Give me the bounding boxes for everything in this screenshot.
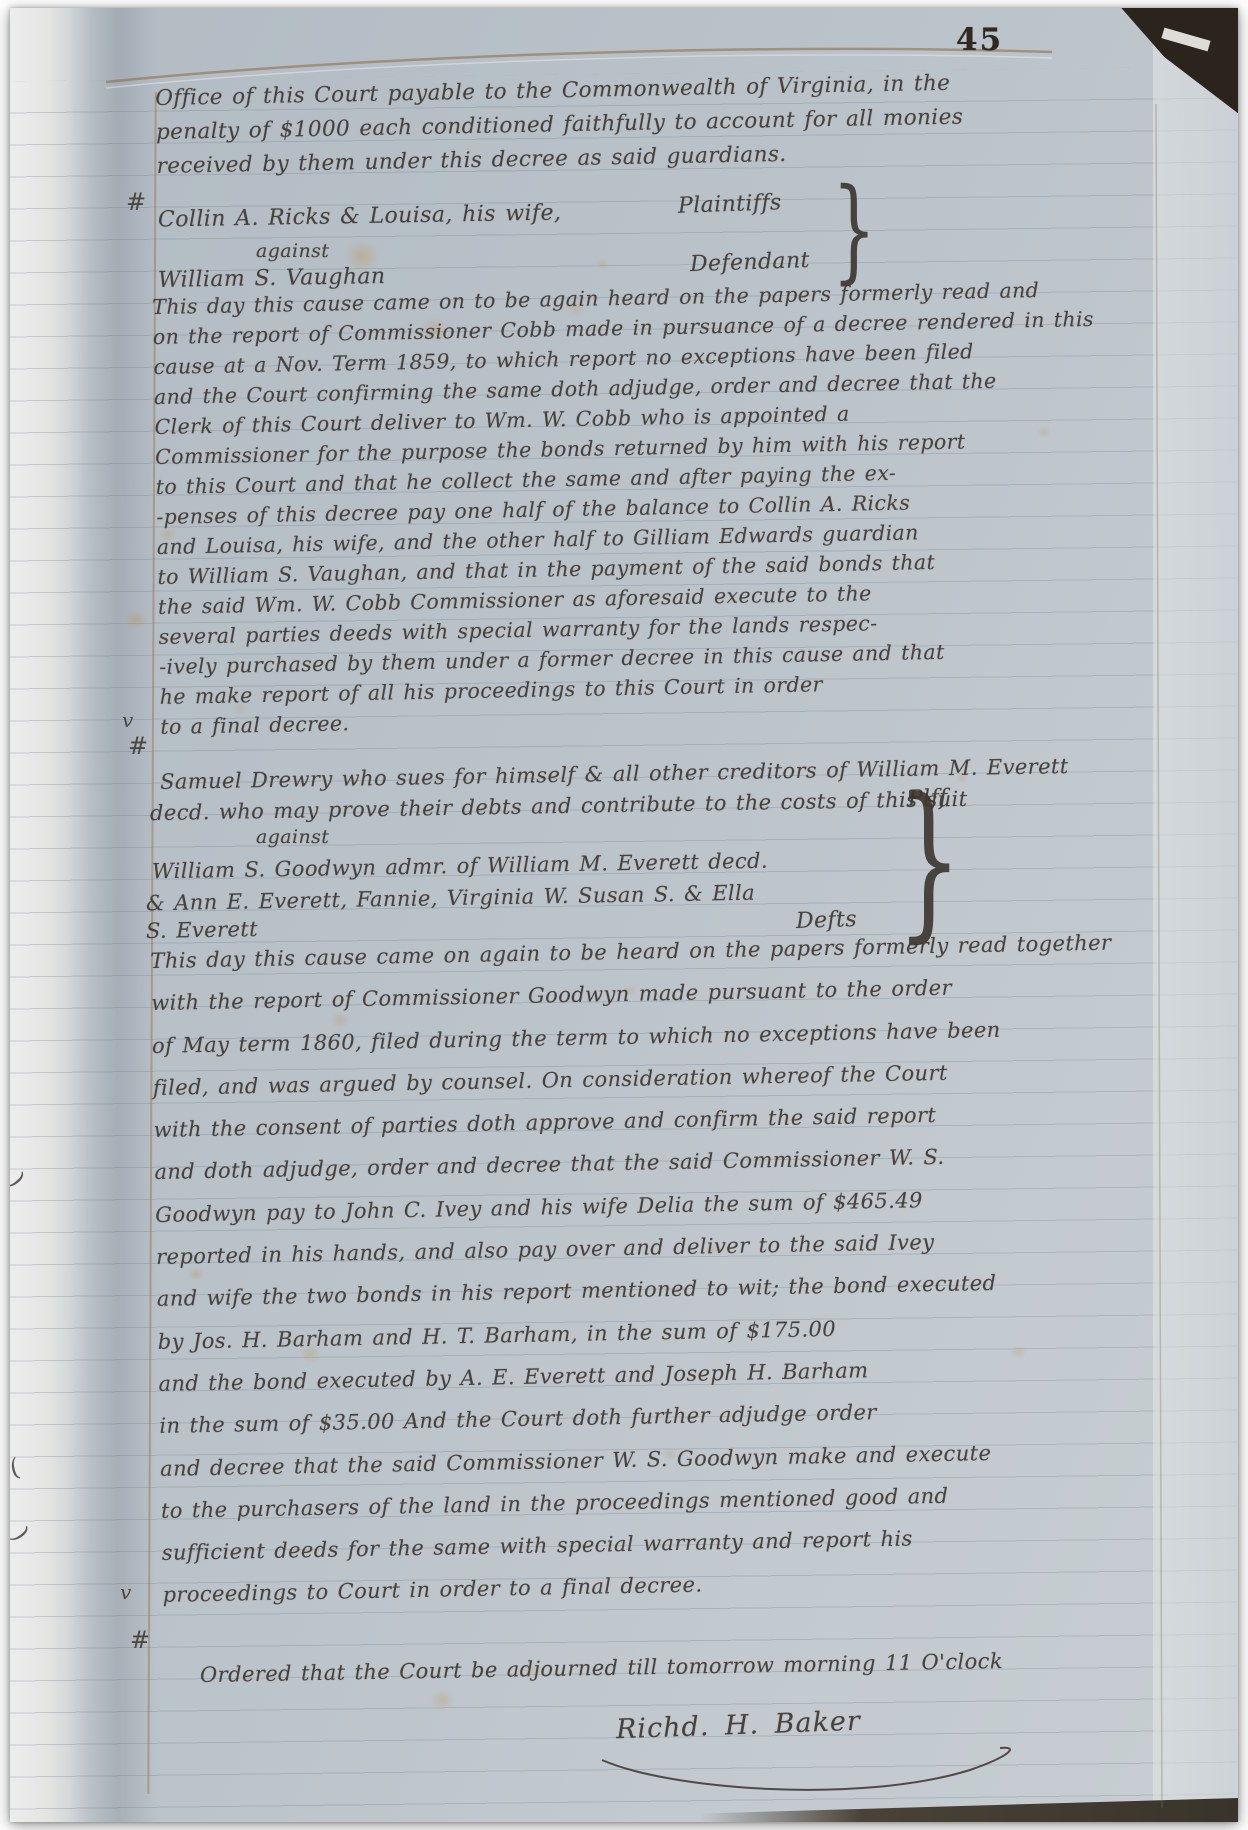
binding-crease xyxy=(68,8,158,1822)
scanned-document-frame: 45 Office of this Court payable to the C… xyxy=(0,0,1248,1830)
previous-page-edge xyxy=(10,8,160,1822)
against-label: against xyxy=(256,826,329,848)
curly-brace-icon: } xyxy=(896,776,962,944)
plaintiff-name: Collin A. Ricks & Louisa, his wife, xyxy=(158,200,562,232)
margin-check-mark: v xyxy=(122,708,133,732)
defendant-label: Defendant xyxy=(690,248,811,277)
plaintiffs-label: Plaintiffs xyxy=(678,190,782,219)
margin-hash-mark: # xyxy=(130,1626,150,1654)
corner-highlight xyxy=(1161,28,1210,52)
signature-flourish xyxy=(602,1748,1010,1790)
curly-brace-icon: } xyxy=(832,174,876,286)
margin-hash-mark: # xyxy=(126,188,146,216)
margin-check-mark: v xyxy=(120,1580,131,1604)
against-label: against xyxy=(256,240,329,262)
ledger-page-photo: 45 Office of this Court payable to the C… xyxy=(10,8,1238,1822)
opening-paragraph: Office of this Court payable to the Comm… xyxy=(155,65,1057,184)
case1-decree-body: This day this cause came on to be again … xyxy=(152,275,1070,742)
defendant-name: William S. Goodwyn admr. of William M. E… xyxy=(152,849,768,884)
plaintiff-name-line2: decd. who may prove their debts and cont… xyxy=(150,787,968,825)
margin-hash-mark: # xyxy=(128,732,148,760)
prior-page-ink-bleed: ) xyxy=(10,1520,34,1547)
page-number: 45 xyxy=(956,22,1003,58)
prior-page-ink-bleed: ( xyxy=(10,1453,25,1482)
adjournment-line: Ordered that the Court be adjourned till… xyxy=(200,1649,1003,1687)
bottom-page-shadow xyxy=(700,1798,1238,1822)
page-edge-line xyxy=(1156,104,1162,1808)
case2-decree-body: This day this cause came on again to be … xyxy=(150,922,1083,1616)
right-page-edge xyxy=(1153,8,1238,1822)
clerk-signature: Richd. H. Baker xyxy=(616,1706,862,1746)
defendant-name-line2: & Ann E. Everett, Fannie, Virginia W. Su… xyxy=(146,881,755,916)
prior-page-ink-bleed: ) xyxy=(10,1166,29,1194)
